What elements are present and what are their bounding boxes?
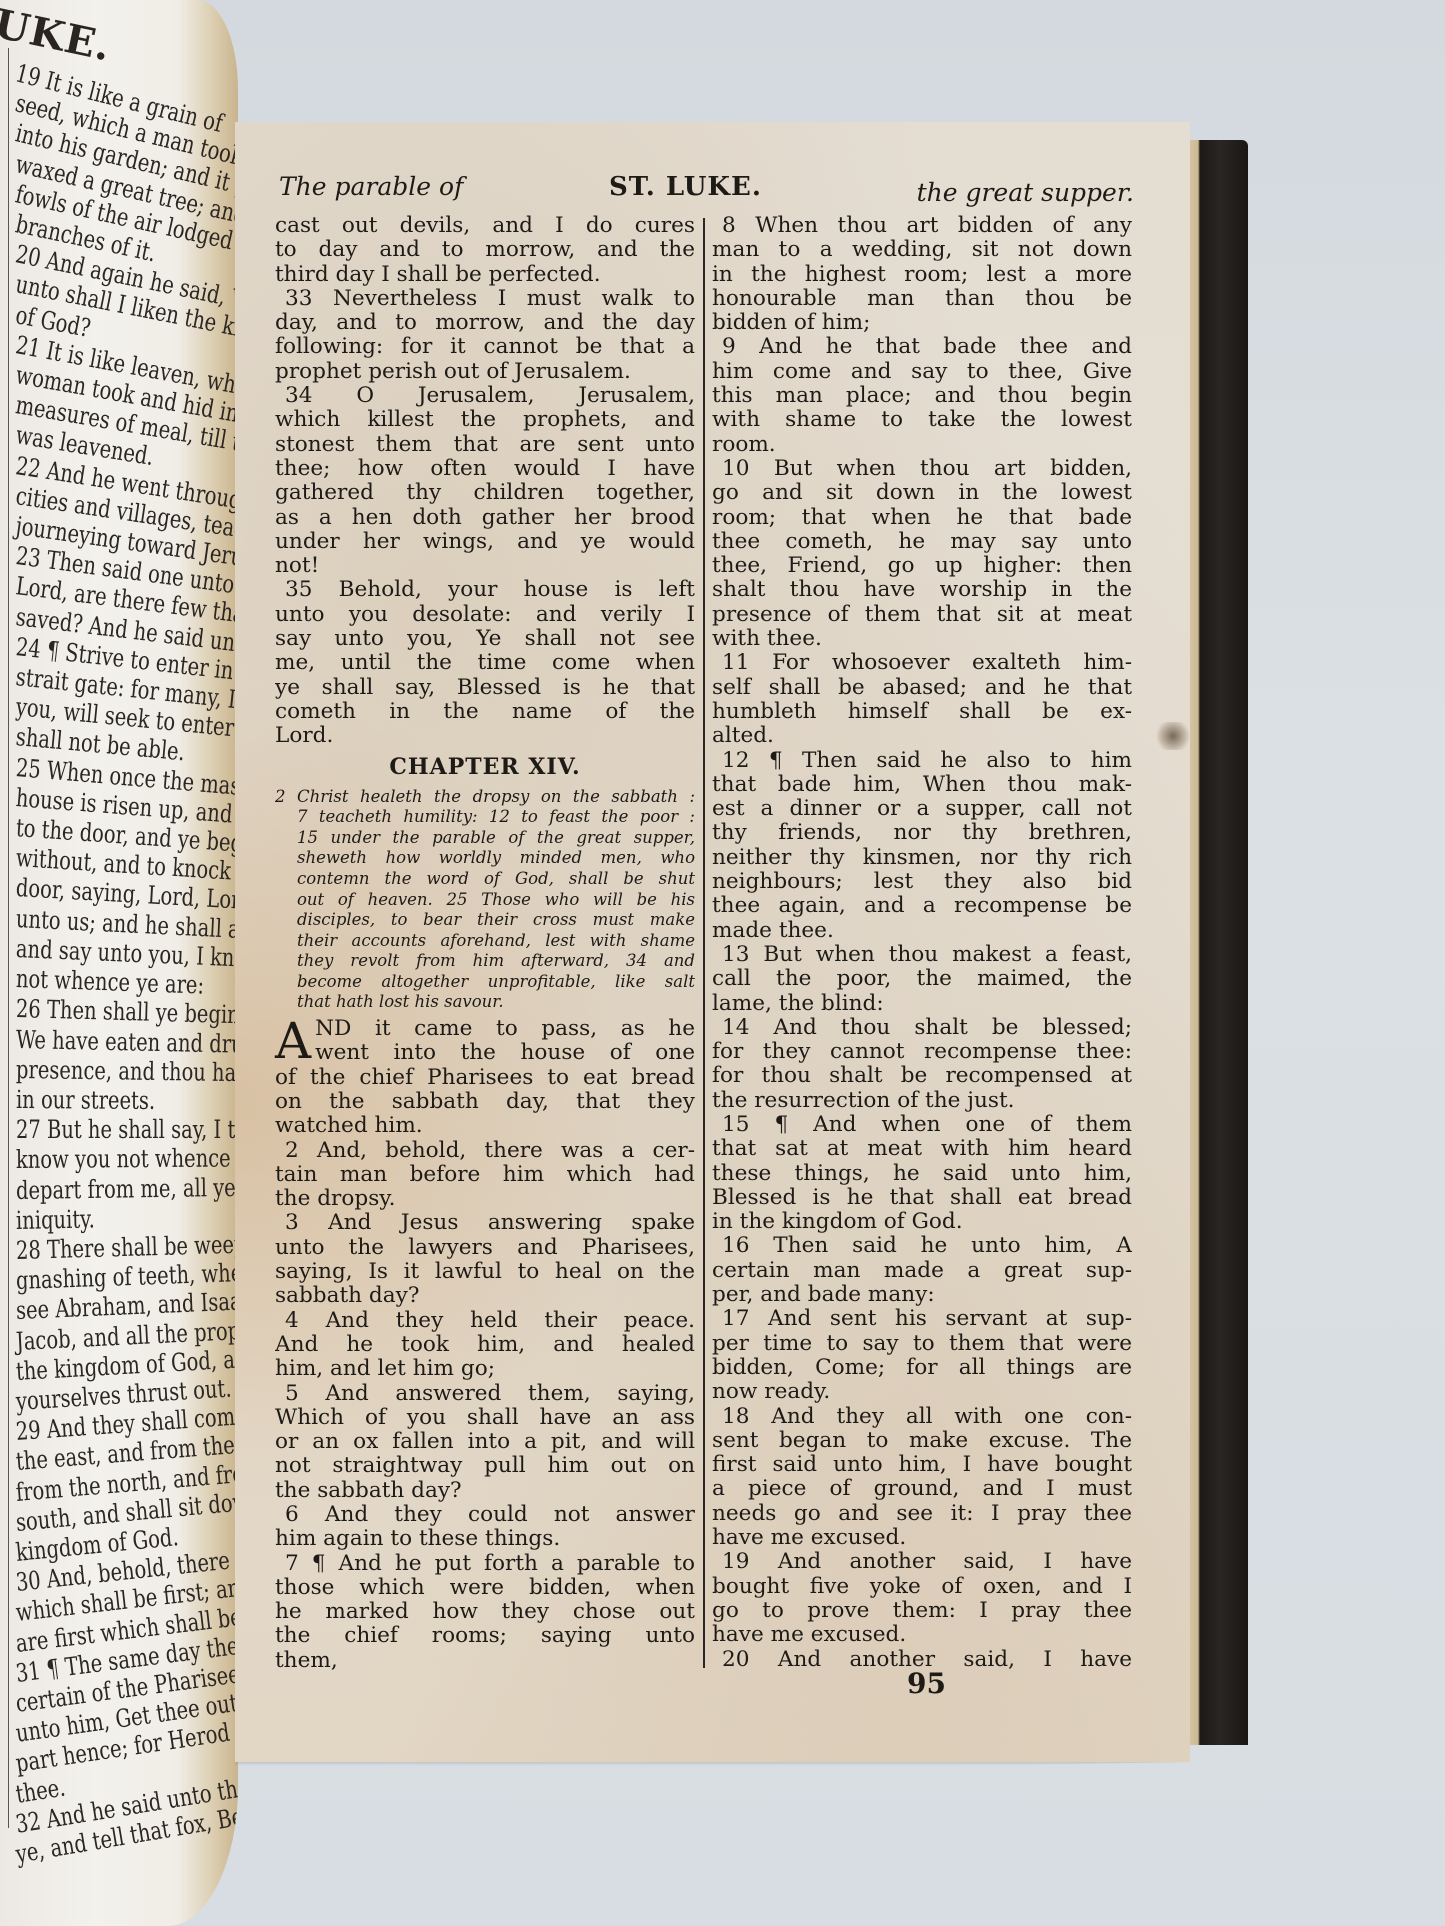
right-column: 8 When thou art bidden of anyman to a we…	[712, 214, 1132, 1672]
text-line: him come and say to thee, Give	[712, 360, 1132, 384]
text-line: bidden of him;	[712, 311, 1132, 335]
text-line: me, until the time come when	[275, 651, 695, 675]
text-line: the sabbath day?	[275, 1479, 695, 1503]
text-line: 10 But when thou art bidden,	[712, 457, 1132, 481]
text-line: go and sit down in the lowest	[712, 481, 1132, 505]
verse-19: 19 And another said, I havebought five y…	[712, 1550, 1132, 1647]
verse-1: A ND it came to pass, as he went into th…	[275, 1017, 695, 1138]
verse-8: 8 When thou art bidden of anyman to a we…	[712, 214, 1132, 335]
verse-10: 10 But when thou art bidden,go and sit d…	[712, 457, 1132, 651]
left-page-text-line: know you not whence ye	[16, 1144, 219, 1176]
text-line: 3 And Jesus answering spake	[275, 1211, 695, 1235]
text-line: he marked how they chose out	[275, 1600, 695, 1624]
text-line: with thee.	[712, 627, 1132, 651]
text-line: contemn the word of God, shall be shut	[275, 869, 695, 890]
page-number: 95	[907, 1667, 946, 1700]
text-line: honourable man than thou be	[712, 287, 1132, 311]
text-line: 2 And, behold, there was a cer-	[275, 1139, 695, 1163]
text-line: him, and let him go;	[275, 1357, 695, 1381]
verse-35: 35 Behold, your house is leftunto you de…	[275, 578, 695, 748]
text-line: tain man before him which had	[275, 1163, 695, 1187]
text-line: they revolt from him afterward, 34 and	[275, 951, 695, 972]
page-stain	[1153, 722, 1193, 750]
chapter-14-verses-left: 2 And, behold, there was a cer-tain man …	[275, 1139, 695, 1674]
text-line: 12 ¶ Then said he also to him	[712, 749, 1132, 773]
text-line: self shall be abased; and he that	[712, 676, 1132, 700]
text-line: sabbath day?	[275, 1284, 695, 1308]
text-line: 11 For whosoever exalteth him-	[712, 651, 1132, 675]
text-line: not straightway pull him out on	[275, 1454, 695, 1478]
text-line: Blessed is he that shall eat bread	[712, 1186, 1132, 1210]
text-line: become altogether unprofitable, like sal…	[275, 972, 695, 993]
verse-15: 15 ¶ And when one of themthat sat at mea…	[712, 1113, 1132, 1234]
text-line: these things, he said unto him,	[712, 1162, 1132, 1186]
text-line: 33 Nevertheless I must walk to	[275, 287, 695, 311]
text-line: certain man made a great sup-	[712, 1259, 1132, 1283]
text-line: went into the house of one	[315, 1041, 695, 1065]
text-line: call the poor, the maimed, the	[712, 967, 1132, 991]
text-line: 14 And thou shalt be blessed;	[712, 1016, 1132, 1040]
text-line: saying, Is it lawful to heal on the	[275, 1260, 695, 1284]
text-line: watched him.	[275, 1114, 695, 1138]
text-line: 7 teacheth humility: 12 to feast the poo…	[275, 807, 695, 828]
text-line: following: for it cannot be that a	[275, 335, 695, 359]
text-line: or an ox fallen into a pit, and will	[275, 1430, 695, 1454]
verse-17: 17 And sent his servant at sup-per time …	[712, 1307, 1132, 1404]
text-line: sheweth how worldly minded men, who	[275, 848, 695, 869]
text-line: day, and to morrow, and the day	[275, 311, 695, 335]
text-line: presence of them that sit at meat	[712, 603, 1132, 627]
text-line: that hath lost his savour.	[275, 992, 695, 1013]
text-line: not!	[275, 554, 695, 578]
text-line: thee; how often would I have	[275, 457, 695, 481]
chapter-title: CHAPTER XIV.	[275, 755, 695, 783]
text-line: as a hen doth gather her brood	[275, 506, 695, 530]
text-line: prophet perish out of Jerusalem.	[275, 360, 695, 384]
text-line: neither thy kinsmen, nor thy rich	[712, 846, 1132, 870]
text-line: per, and bade many:	[712, 1283, 1132, 1307]
text-line: the chief rooms; saying unto	[275, 1624, 695, 1648]
drop-cap: A	[275, 1021, 311, 1065]
text-line: humbleth himself shall be ex-	[712, 700, 1132, 724]
text-line: lame, the blind:	[712, 992, 1132, 1016]
verse-3: 3 And Jesus answering spakeunto the lawy…	[275, 1211, 695, 1308]
verse-5: 5 And answered them, saying,Which of you…	[275, 1382, 695, 1503]
text-line: have me excused.	[712, 1526, 1132, 1550]
text-line: est a dinner or a supper, call not	[712, 797, 1132, 821]
text-line: for they cannot recompense thee:	[712, 1040, 1132, 1064]
left-page-column-rule	[8, 48, 9, 1828]
running-head-book-title: ST. LUKE.	[609, 172, 762, 202]
text-line: 13 But when thou makest a feast,	[712, 943, 1132, 967]
text-line: 5 And answered them, saying,	[275, 1382, 695, 1406]
text-line: thee, Friend, go up higher: then	[712, 554, 1132, 578]
left-page-text-line: in our streets.	[16, 1085, 219, 1117]
text-line: alted.	[712, 724, 1132, 748]
text-line: them,	[275, 1649, 695, 1673]
text-line: that sat at meat with him heard	[712, 1137, 1132, 1161]
text-line: cometh in the name of the	[275, 700, 695, 724]
text-line: shalt thou have worship in the	[712, 578, 1132, 602]
text-line: neighbours; lest they also bid	[712, 870, 1132, 894]
text-line: say unto you, Ye shall not see	[275, 627, 695, 651]
text-line: ye shall say, Blessed is he that	[275, 676, 695, 700]
verse-33: 33 Nevertheless I must walk today, and t…	[275, 287, 695, 384]
text-line: which killest the prophets, and	[275, 408, 695, 432]
text-line: 4 And they held their peace.	[275, 1309, 695, 1333]
text-line: to day and to morrow, and the	[275, 238, 695, 262]
text-line: in the kingdom of God.	[712, 1210, 1132, 1234]
text-line: out of heaven. 25 Those who will be his	[275, 890, 695, 911]
text-line: 8 When thou art bidden of any	[712, 214, 1132, 238]
text-line: unto the lawyers and Pharisees,	[275, 1236, 695, 1260]
verse-4: 4 And they held their peace.And he took …	[275, 1309, 695, 1382]
text-line: go to prove them: I pray thee	[712, 1599, 1132, 1623]
text-line: 19 And another said, I have	[712, 1550, 1132, 1574]
text-line: for thou shalt be recompensed at	[712, 1064, 1132, 1088]
text-line: 6 And they could not answer	[275, 1503, 695, 1527]
text-line: of the chief Pharisees to eat bread	[275, 1066, 695, 1090]
text-line: third day I shall be perfected.	[275, 263, 695, 287]
text-line: Lord.	[275, 724, 695, 748]
book-cover-edge	[1190, 140, 1248, 1745]
text-line: those which were bidden, when	[275, 1576, 695, 1600]
text-line: thee cometh, he may say unto	[712, 530, 1132, 554]
running-head: The parable of ST. LUKE. the great suppe…	[279, 172, 1134, 212]
chapter-summary: 2 Christ healeth the dropsy on the sabba…	[275, 787, 695, 1014]
text-line: made thee.	[712, 919, 1132, 943]
verse-6: 6 And they could not answerhim again to …	[275, 1503, 695, 1552]
text-line: the dropsy.	[275, 1187, 695, 1211]
text-line: 35 Behold, your house is left	[275, 578, 695, 602]
text-line: 17 And sent his servant at sup-	[712, 1307, 1132, 1331]
verse-12: 12 ¶ Then said he also to himthat bade h…	[712, 749, 1132, 943]
verse-11: 11 For whosoever exalteth him-self shall…	[712, 651, 1132, 748]
text-line: cast out devils, and I do cures	[275, 214, 695, 238]
verse-2: 2 And, behold, there was a cer-tain man …	[275, 1139, 695, 1212]
left-page-text-line: 27 But he shall say, I tell	[16, 1115, 219, 1145]
text-line: 15 ¶ And when one of them	[712, 1113, 1132, 1137]
text-line: per time to say to them that were	[712, 1332, 1132, 1356]
verse-16: 16 Then said he unto him, Acertain man m…	[712, 1234, 1132, 1307]
running-head-right: the great supper.	[917, 178, 1134, 207]
text-line: thee again, and a recompense be	[712, 894, 1132, 918]
text-line: And he took him, and healed	[275, 1333, 695, 1357]
text-line: thy friends, nor thy brethren,	[712, 821, 1132, 845]
text-line: needs go and see it: I pray thee	[712, 1502, 1132, 1526]
text-line: room.	[712, 433, 1132, 457]
text-line: on the sabbath day, that they	[275, 1090, 695, 1114]
text-line: 34 O Jerusalem, Jerusalem,	[275, 384, 695, 408]
text-line: this man place; and thou begin	[712, 384, 1132, 408]
continuation-text: cast out devils, and I do cures to day a…	[275, 214, 695, 287]
text-line: the resurrection of the just.	[712, 1089, 1132, 1113]
text-line: stonest them that are sent unto	[275, 433, 695, 457]
text-line: first said unto him, I have bought	[712, 1453, 1132, 1477]
left-column: cast out devils, and I do cures to day a…	[275, 214, 695, 1673]
text-line: under her wings, and ye would	[275, 530, 695, 554]
text-line: 16 Then said he unto him, A	[712, 1234, 1132, 1258]
text-line: bidden, Come; for all things are	[712, 1356, 1132, 1380]
text-line: with shame to take the lowest	[712, 408, 1132, 432]
verse-34: 34 O Jerusalem, Jerusalem,which killest …	[275, 384, 695, 578]
left-page-text-line: presence, and thou hast	[16, 1055, 219, 1088]
text-line: 2 Christ healeth the dropsy on the sabba…	[275, 787, 695, 808]
text-line: ND it came to pass, as he	[315, 1017, 695, 1041]
verse-18: 18 And they all with one con-sent began …	[712, 1405, 1132, 1551]
verse-7: 7 ¶ And he put forth a parable tothose w…	[275, 1552, 695, 1673]
left-page-text-line: depart from me, all ye workers	[16, 1173, 219, 1206]
text-line: unto you desolate: and verily I	[275, 603, 695, 627]
text-line: Which of you shall have an ass	[275, 1406, 695, 1430]
text-line: a piece of ground, and I must	[712, 1477, 1132, 1501]
text-line: him again to these things.	[275, 1527, 695, 1551]
chapter-13-verses: 33 Nevertheless I must walk today, and t…	[275, 287, 695, 749]
text-line: 9 And he that bade thee and	[712, 335, 1132, 359]
text-line: 15 under the parable of the great supper…	[275, 828, 695, 849]
left-page-text: 19 It is like a grain ofseed, which a ma…	[16, 58, 238, 1870]
text-line: room; that when he that bade	[712, 506, 1132, 530]
verse-14: 14 And thou shalt be blessed;for they ca…	[712, 1016, 1132, 1113]
text-line: gathered thy children together,	[275, 481, 695, 505]
text-line: disciples, to bear their cross must make	[275, 910, 695, 931]
text-line: man to a wedding, sit not down	[712, 238, 1132, 262]
verse-9: 9 And he that bade thee andhim come and …	[712, 335, 1132, 456]
text-line: in the highest room; lest a more	[712, 263, 1132, 287]
text-line: bought five yoke of oxen, and I	[712, 1575, 1132, 1599]
running-head-left: The parable of	[279, 172, 463, 201]
column-divider	[703, 218, 705, 1668]
text-line: now ready.	[712, 1380, 1132, 1404]
text-line: 18 And they all with one con-	[712, 1405, 1132, 1429]
text-line: have me excused.	[712, 1623, 1132, 1647]
text-line: 7 ¶ And he put forth a parable to	[275, 1552, 695, 1576]
left-page-text-line: We have eaten and drunk in	[16, 1025, 219, 1059]
text-line: sent began to make excuse. The	[712, 1429, 1132, 1453]
left-page: UKE. 19 It is like a grain ofseed, which…	[0, 0, 238, 1926]
right-page: The parable of ST. LUKE. the great suppe…	[235, 122, 1190, 1762]
verse-13: 13 But when thou makest a feast,call the…	[712, 943, 1132, 1016]
text-line: that bade him, When thou mak-	[712, 773, 1132, 797]
text-line: their accounts aforehand, lest with sham…	[275, 931, 695, 952]
